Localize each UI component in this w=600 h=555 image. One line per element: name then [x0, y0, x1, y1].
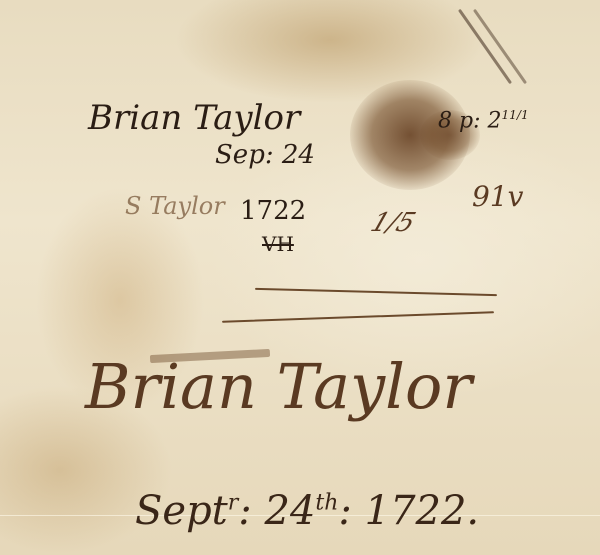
main-endorsement-date: Septr: 24th: 1722.	[135, 488, 479, 534]
date-day-sup: th	[315, 491, 338, 516]
faint-pen-mark	[473, 9, 527, 84]
document-page: Brian Taylor 8 p: 211/1 Sep: 24 S Taylor…	[0, 0, 600, 555]
faint-pen-mark	[458, 9, 512, 84]
stroke-mark: 1/5	[367, 208, 420, 238]
folio-number: 91v	[472, 180, 523, 213]
upper-note-amount: 8 p: 211/1	[438, 108, 529, 133]
ruled-line-lower	[222, 311, 494, 322]
upper-note-name: Brian Taylor	[88, 98, 300, 138]
main-endorsement-name: Brian Taylor	[85, 350, 472, 423]
amount-fraction-num: 11	[501, 108, 516, 122]
ruled-line-upper	[255, 288, 497, 296]
upper-note-date: Sep: 24	[215, 140, 315, 170]
date-year: 1722.	[365, 488, 480, 534]
date-month: Sept	[135, 488, 228, 534]
date-month-sup: r	[228, 491, 239, 516]
faded-name: S Taylor	[125, 192, 225, 220]
date-day: 24	[265, 488, 316, 534]
amount-text: 8 p: 2	[438, 108, 501, 133]
struck-mark: VH	[262, 232, 294, 256]
amount-fraction-den: 1	[521, 108, 529, 122]
year-1722: 1722	[240, 196, 306, 226]
